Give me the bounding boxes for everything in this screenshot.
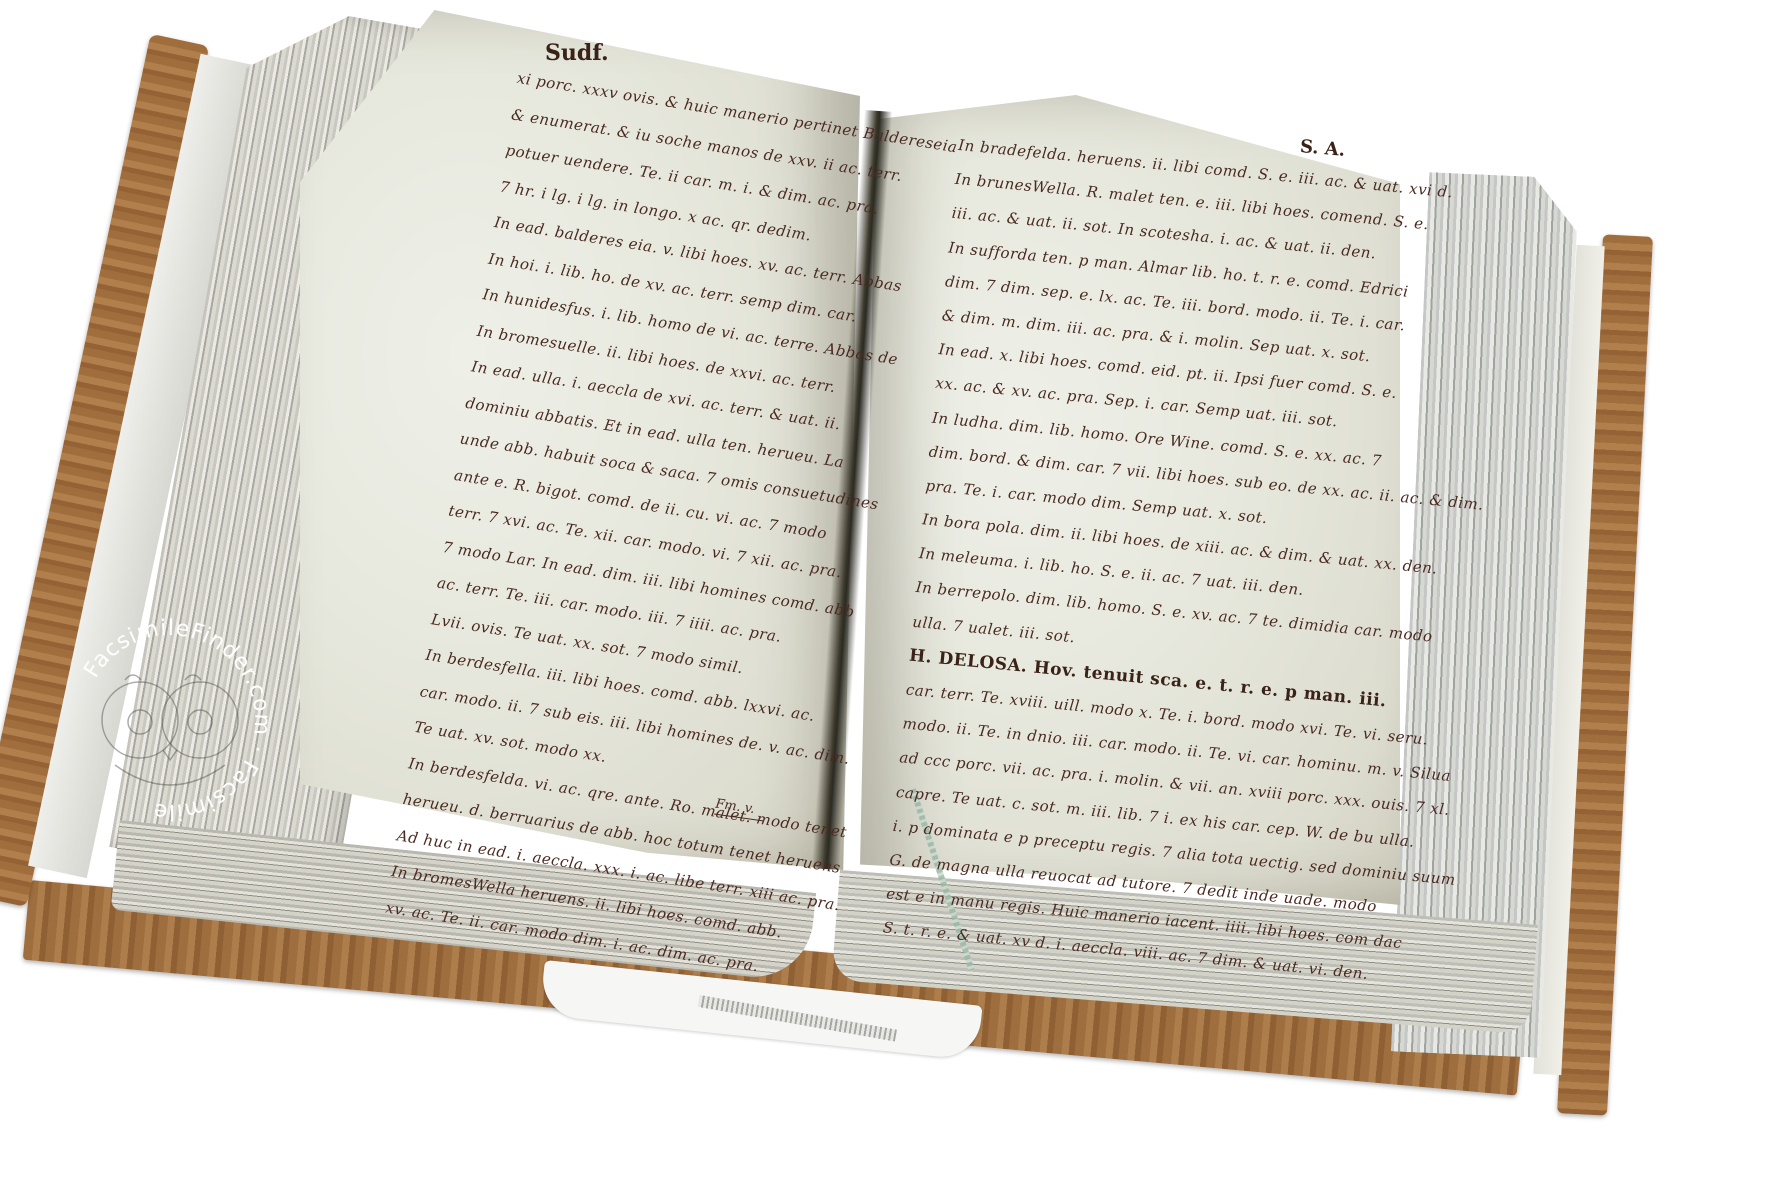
- manuscript-photo: Sudf. S. A. xi porc. xxxv ovis. & huic m…: [0, 0, 1772, 1181]
- right-running-head: S. A.: [1299, 136, 1346, 161]
- left-running-head: Sudf.: [545, 40, 609, 66]
- right-page-text: In bradefelda. heruens. ii. libi comd. S…: [881, 128, 1338, 981]
